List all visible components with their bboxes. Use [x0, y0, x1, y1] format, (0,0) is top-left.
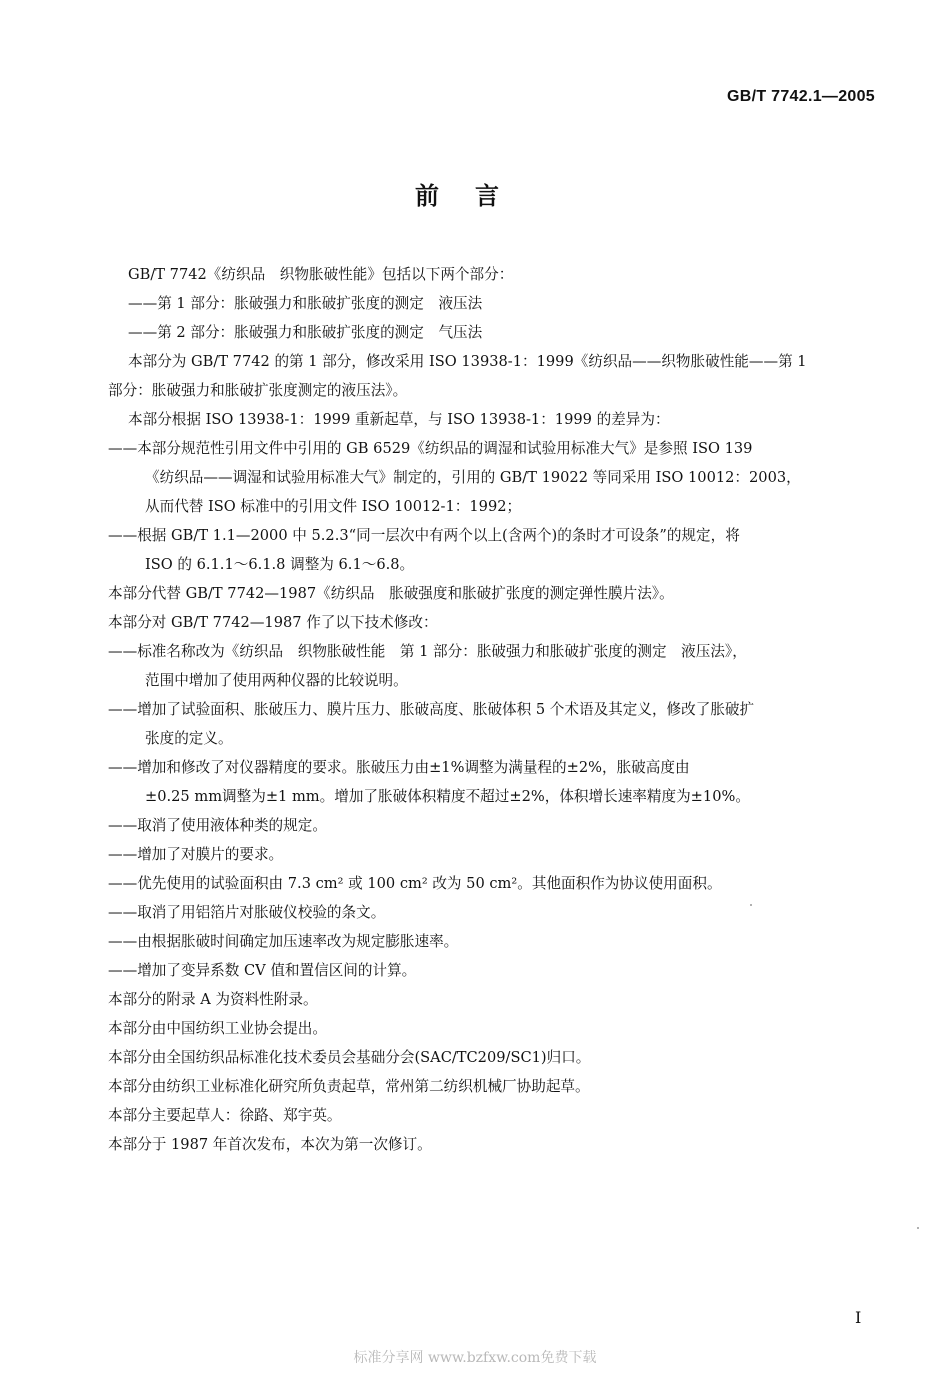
body-line: ——第 1 部分：胀破强力和胀破扩张度的测定 液压法	[108, 289, 878, 318]
body-line: 范围中增加了使用两种仪器的比较说明。	[108, 666, 878, 695]
body-line: 本部分根据 ISO 13938-1：1999 重新起草，与 ISO 13938-…	[108, 405, 878, 434]
body-line: ±0.25 mm调整为±1 mm。增加了胀破体积精度不超过±2%，体积增长速率精…	[108, 782, 878, 811]
scan-speck	[750, 904, 752, 906]
page-number: I	[855, 1308, 861, 1327]
body-line: GB/T 7742《纺织品 织物胀破性能》包括以下两个部分：	[108, 260, 878, 289]
body-line: ——本部分规范性引用文件中引用的 GB 6529《纺织品的调湿和试验用标准大气》…	[108, 434, 878, 463]
body-line: ——增加了对膜片的要求。	[108, 840, 878, 869]
body-line: 本部分由纺织工业标准化研究所负责起草，常州第二纺织机械厂协助起草。	[108, 1072, 878, 1101]
page-title: 前言	[0, 176, 950, 211]
body-line: ——根据 GB/T 1.1—2000 中 5.2.3“同一层次中有两个以上(含两…	[108, 521, 878, 550]
body-line: 本部分的附录 A 为资料性附录。	[108, 985, 878, 1014]
body-line: 从而代替 ISO 标准中的引用文件 ISO 10012-1：1992；	[108, 492, 878, 521]
standard-code: GB/T 7742.1—2005	[727, 88, 875, 106]
body-line: 张度的定义。	[108, 724, 878, 753]
body-line: 本部分代替 GB/T 7742—1987《纺织品 胀破强度和胀破扩张度的测定弹性…	[108, 579, 878, 608]
body-line: ——优先使用的试验面积由 7.3 cm² 或 100 cm² 改为 50 cm²…	[108, 869, 878, 898]
body-line: 本部分主要起草人：徐路、郑宇英。	[108, 1101, 878, 1130]
body-line: 本部分由全国纺织品标准化技术委员会基础分会(SAC/TC209/SC1)归口。	[108, 1043, 878, 1072]
body-line: ——增加和修改了对仪器精度的要求。胀破压力由±1%调整为满量程的±2%，胀破高度…	[108, 753, 878, 782]
body-line: 部分：胀破强力和胀破扩张度测定的液压法》。	[108, 376, 878, 405]
body-line: 本部分为 GB/T 7742 的第 1 部分，修改采用 ISO 13938-1：…	[108, 347, 878, 376]
body-line: ——第 2 部分：胀破强力和胀破扩张度的测定 气压法	[108, 318, 878, 347]
scan-speck	[917, 1227, 919, 1229]
body-line: ——取消了用铝箔片对胀破仪校验的条文。	[108, 898, 878, 927]
body-line: ——标准名称改为《纺织品 织物胀破性能 第 1 部分：胀破强力和胀破扩张度的测定…	[108, 637, 878, 666]
foreword-body: GB/T 7742《纺织品 织物胀破性能》包括以下两个部分： ——第 1 部分：…	[108, 260, 878, 1159]
body-line: 本部分对 GB/T 7742—1987 作了以下技术修改：	[108, 608, 878, 637]
body-line: ISO 的 6.1.1～6.1.8 调整为 6.1～6.8。	[108, 550, 878, 579]
body-line: 《纺织品——调湿和试验用标准大气》制定的，引用的 GB/T 19022 等同采用…	[108, 463, 878, 492]
body-line: ——增加了变异系数 CV 值和置信区间的计算。	[108, 956, 878, 985]
body-line: 本部分于 1987 年首次发布，本次为第一次修订。	[108, 1130, 878, 1159]
body-line: ——增加了试验面积、胀破压力、膜片压力、胀破高度、胀破体积 5 个术语及其定义，…	[108, 695, 878, 724]
body-line: 本部分由中国纺织工业协会提出。	[108, 1014, 878, 1043]
body-line: ——由根据胀破时间确定加压速率改为规定膨胀速率。	[108, 927, 878, 956]
body-line: ——取消了使用液体种类的规定。	[108, 811, 878, 840]
watermark: 标准分享网 www.bzfxw.com免费下载	[0, 1347, 950, 1367]
